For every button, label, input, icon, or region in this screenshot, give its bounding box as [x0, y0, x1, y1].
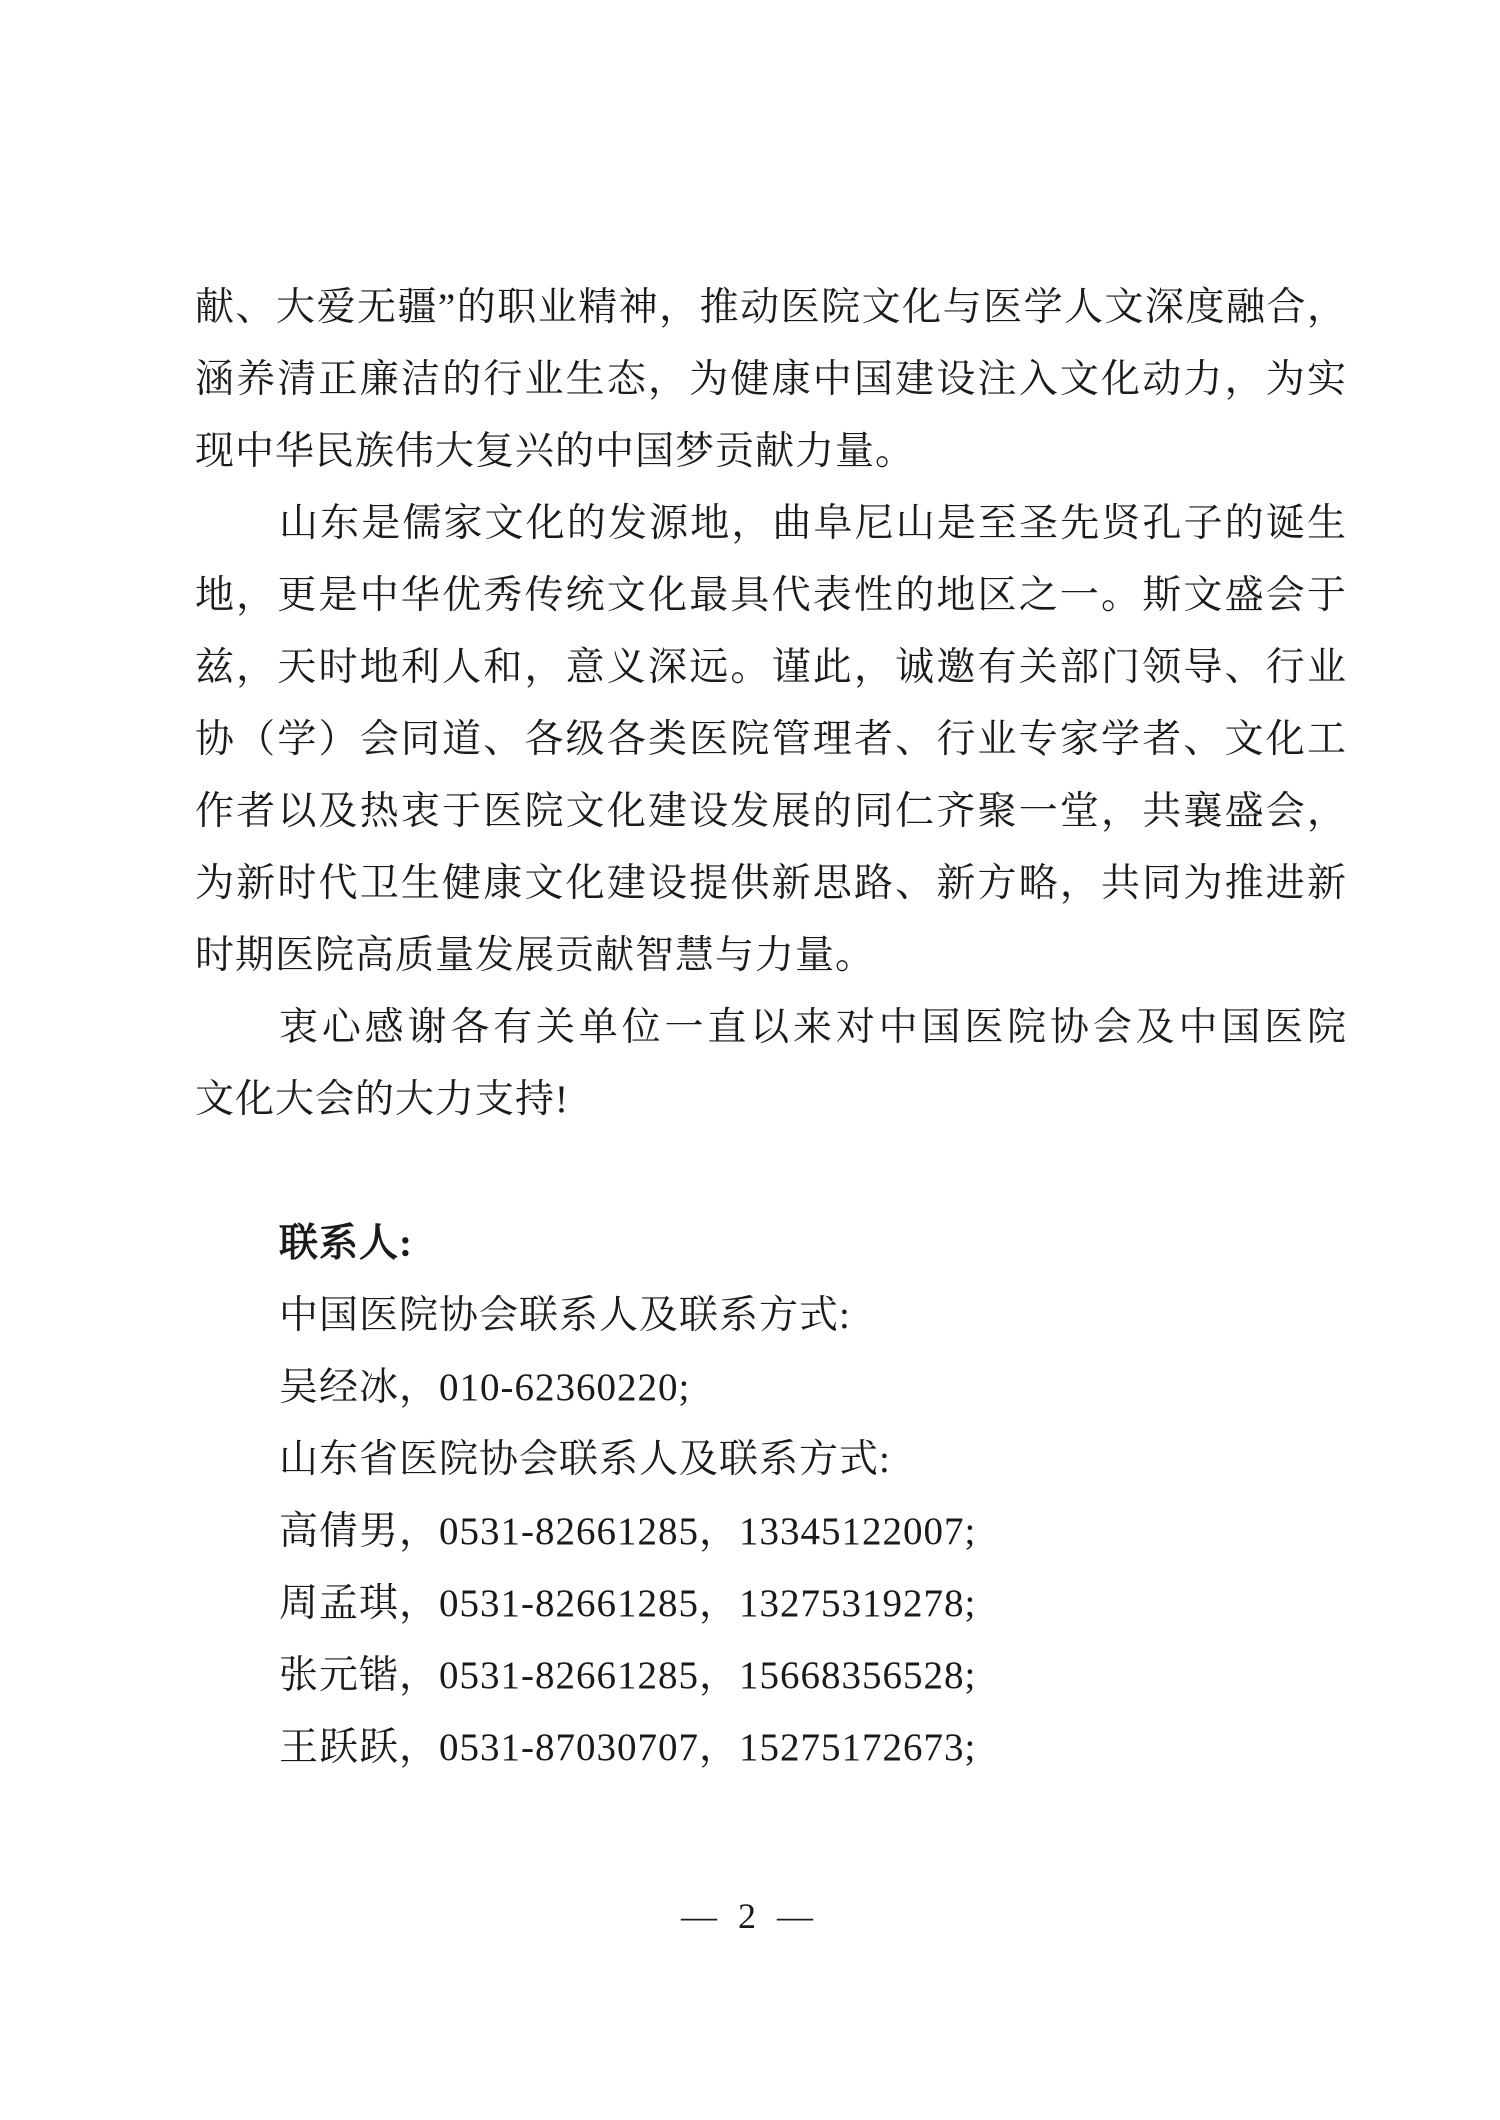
contacts-cha-label: 中国医院协会联系人及联系方式:: [195, 1280, 1347, 1352]
contacts-heading: 联系人:: [195, 1208, 1347, 1280]
contact-wang-yueyue: 王跃跃，0531-87030707，15275172673;: [195, 1712, 1347, 1784]
body-line-3: 现中华民族伟大复兴的中国梦贡献力量。: [195, 416, 1347, 488]
body-line-7: 协（学）会同道、各级各类医院管理者、行业专家学者、文化工: [195, 704, 1347, 776]
contact-gao-qiannan: 高倩男，0531-82661285，13345122007;: [195, 1496, 1347, 1568]
body-line-5: 地，更是中华优秀传统文化最具代表性的地区之一。斯文盛会于: [195, 560, 1347, 632]
body-line-1: 献、大爱无疆”的职业精神，推动医院文化与医学人文深度融合，: [195, 272, 1347, 344]
blank-line: [195, 1136, 1347, 1208]
body-line-4: 山东是儒家文化的发源地，曲阜尼山是至圣先贤孔子的诞生: [195, 488, 1347, 560]
contact-zhou-mengqi: 周孟琪，0531-82661285，13275319278;: [195, 1568, 1347, 1640]
body-line-9: 为新时代卫生健康文化建设提供新思路、新方略，共同为推进新: [195, 848, 1347, 920]
body-line-11: 衷心感谢各有关单位一直以来对中国医院协会及中国医院: [195, 992, 1347, 1064]
body-line-10: 时期医院高质量发展贡献智慧与力量。: [195, 920, 1347, 992]
body-line-12: 文化大会的大力支持!: [195, 1064, 1347, 1136]
body-text: 献、大爱无疆”的职业精神，推动医院文化与医学人文深度融合， 涵养清正廉洁的行业生…: [195, 272, 1347, 1784]
contact-wu-jingbing: 吴经冰，010-62360220;: [195, 1352, 1347, 1424]
body-line-8: 作者以及热衷于医院文化建设发展的同仁齐聚一堂，共襄盛会，: [195, 776, 1347, 848]
page-number: — 2 —: [0, 1896, 1500, 1936]
body-line-2: 涵养清正廉洁的行业生态，为健康中国建设注入文化动力，为实: [195, 344, 1347, 416]
contacts-shandong-label: 山东省医院协会联系人及联系方式:: [195, 1424, 1347, 1496]
document-page: 献、大爱无疆”的职业精神，推动医院文化与医学人文深度融合， 涵养清正廉洁的行业生…: [0, 0, 1500, 2120]
contact-zhang-yuankai: 张元锴，0531-82661285，15668356528;: [195, 1640, 1347, 1712]
body-line-6: 兹，天时地利人和，意义深远。谨此，诚邀有关部门领导、行业: [195, 632, 1347, 704]
